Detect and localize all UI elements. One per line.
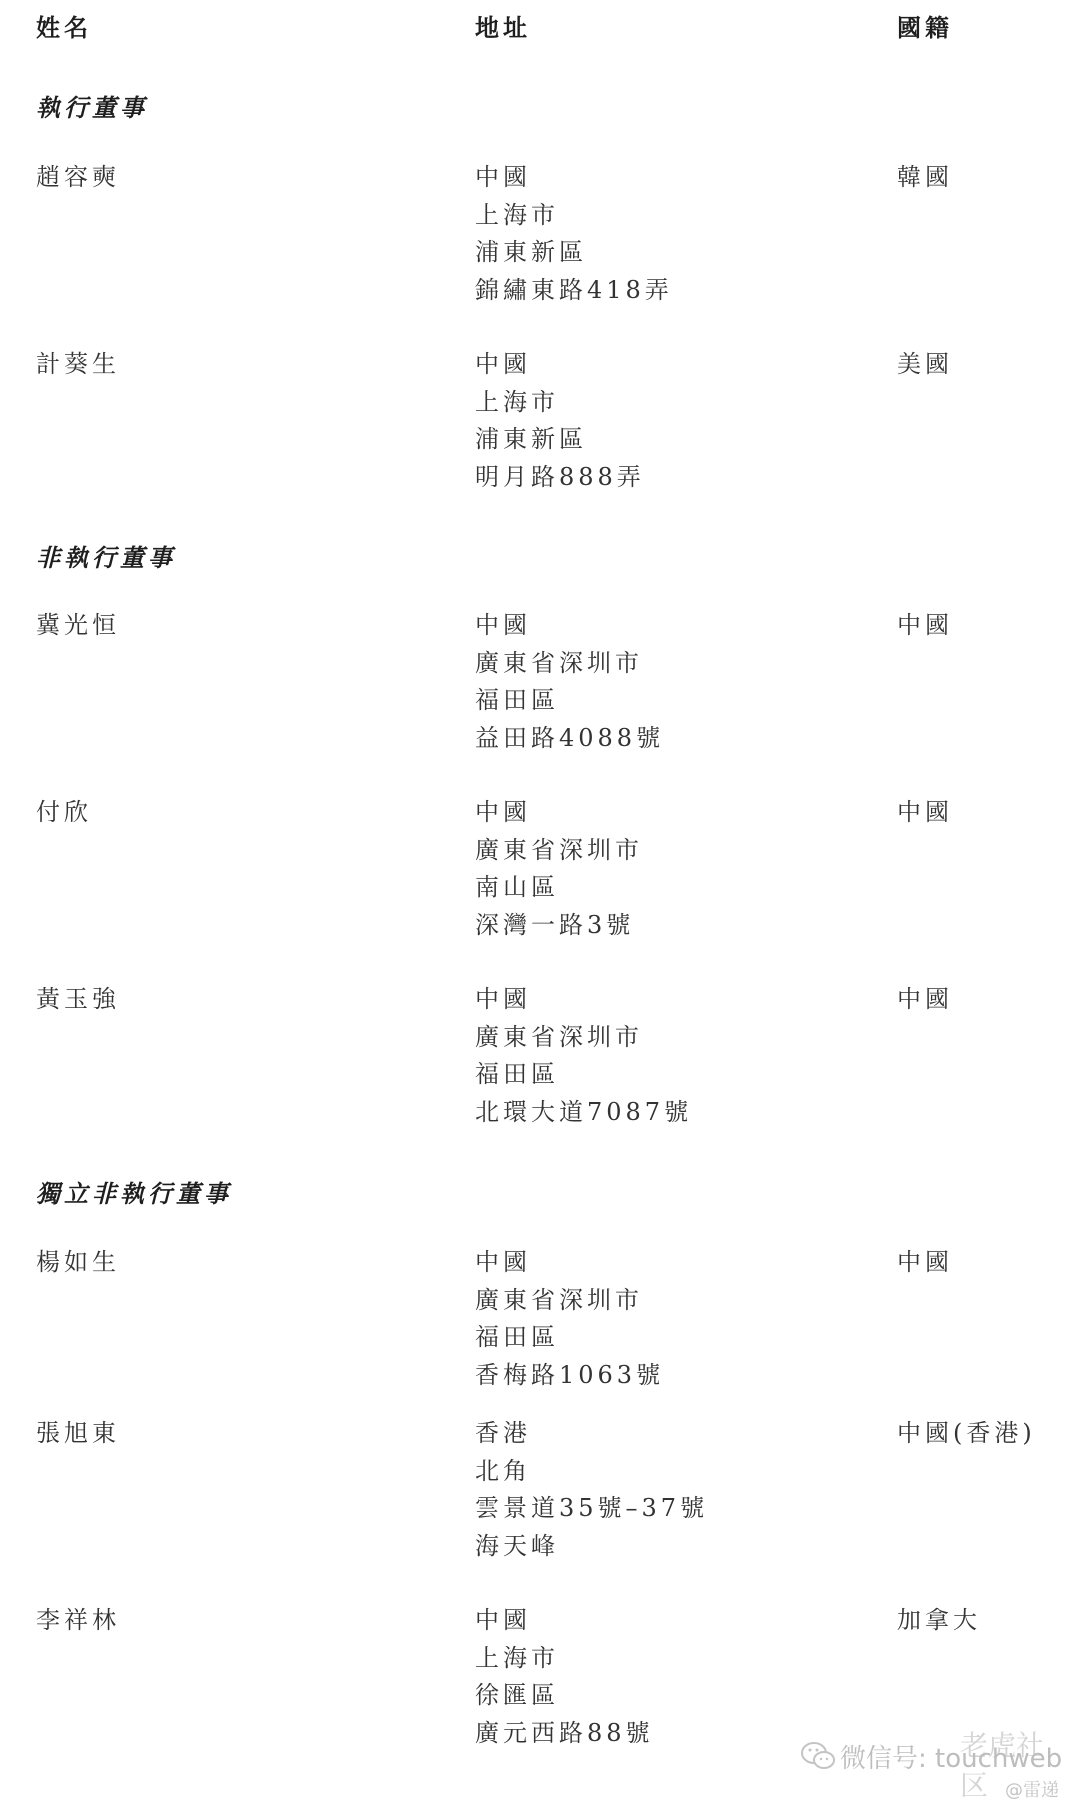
address-line: 中國 (475, 981, 692, 1019)
director-nationality: 韓國 (897, 159, 953, 197)
director-nationality: 中國 (897, 981, 953, 1019)
address-line: 廣東省深圳市 (475, 1019, 692, 1057)
director-name: 付欣 (36, 794, 92, 832)
wechat-icon (800, 1740, 836, 1772)
director-name: 李祥林 (36, 1602, 120, 1640)
director-name: 趙容奭 (36, 159, 120, 197)
address-line: 中國 (475, 1244, 664, 1282)
address-line: 海天峰 (475, 1528, 708, 1566)
address-line: 上海市 (475, 384, 645, 422)
watermark: 老虎社区 微信号: touchweb @雷递 (800, 1730, 1070, 1800)
address-line: 錦繡東路418弄 (475, 272, 673, 310)
address-line: 上海市 (475, 197, 673, 235)
director-address: 中國 廣東省深圳市 福田區 益田路4088號 (475, 607, 664, 757)
address-line: 福田區 (475, 1319, 664, 1357)
address-line: 徐匯區 (475, 1677, 654, 1715)
director-nationality: 加拿大 (897, 1602, 981, 1640)
director-nationality: 美國 (897, 346, 953, 384)
column-header-name: 姓名 (36, 8, 92, 43)
address-line: 中國 (475, 607, 664, 645)
director-address: 中國 廣東省深圳市 福田區 香梅路1063號 (475, 1244, 664, 1394)
address-line: 明月路888弄 (475, 459, 645, 497)
watermark-wechat-id: 微信号: touchweb (840, 1738, 1062, 1775)
director-address: 中國 上海市 浦東新區 錦繡東路418弄 (475, 159, 673, 309)
address-line: 福田區 (475, 682, 664, 720)
address-line: 益田路4088號 (475, 720, 664, 758)
address-line: 南山區 (475, 869, 643, 907)
watermark-handle: @雷递 (1005, 1776, 1059, 1802)
address-line: 上海市 (475, 1640, 654, 1678)
address-line: 中國 (475, 346, 645, 384)
director-name: 楊如生 (36, 1244, 120, 1282)
address-line: 廣東省深圳市 (475, 645, 664, 683)
address-line: 北環大道7087號 (475, 1094, 692, 1132)
director-name: 黃玉強 (36, 981, 120, 1019)
director-address: 中國 上海市 浦東新區 明月路888弄 (475, 346, 645, 496)
address-line: 浦東新區 (475, 234, 673, 272)
address-line: 中國 (475, 794, 643, 832)
column-header-address: 地址 (475, 8, 531, 43)
section-title-independent-non-executive-directors: 獨立非執行董事 (36, 1174, 232, 1209)
address-line: 廣東省深圳市 (475, 832, 643, 870)
director-address: 中國 上海市 徐匯區 廣元西路88號 (475, 1602, 654, 1752)
address-line: 廣元西路88號 (475, 1715, 654, 1753)
section-title-executive-directors: 執行董事 (36, 88, 148, 123)
address-line: 北角 (475, 1453, 708, 1491)
director-nationality: 中國 (897, 794, 953, 832)
section-title-non-executive-directors: 非執行董事 (36, 538, 176, 573)
address-line: 香梅路1063號 (475, 1357, 664, 1395)
director-nationality: 中國 (897, 607, 953, 645)
address-line: 雲景道35號–37號 (475, 1490, 708, 1528)
director-name: 計葵生 (36, 346, 120, 384)
address-line: 香港 (475, 1415, 708, 1453)
address-line: 廣東省深圳市 (475, 1282, 664, 1320)
director-address: 香港 北角 雲景道35號–37號 海天峰 (475, 1415, 708, 1565)
address-line: 深灣一路3號 (475, 907, 643, 945)
director-address: 中國 廣東省深圳市 福田區 北環大道7087號 (475, 981, 692, 1131)
director-nationality: 中國 (897, 1244, 953, 1282)
address-line: 中國 (475, 159, 673, 197)
address-line: 浦東新區 (475, 421, 645, 459)
director-name: 張旭東 (36, 1415, 120, 1453)
director-name: 冀光恒 (36, 607, 120, 645)
address-line: 中國 (475, 1602, 654, 1640)
address-line: 福田區 (475, 1056, 692, 1094)
column-header-nationality: 國籍 (897, 8, 953, 43)
director-nationality: 中國(香港) (897, 1415, 1036, 1453)
director-address: 中國 廣東省深圳市 南山區 深灣一路3號 (475, 794, 643, 944)
